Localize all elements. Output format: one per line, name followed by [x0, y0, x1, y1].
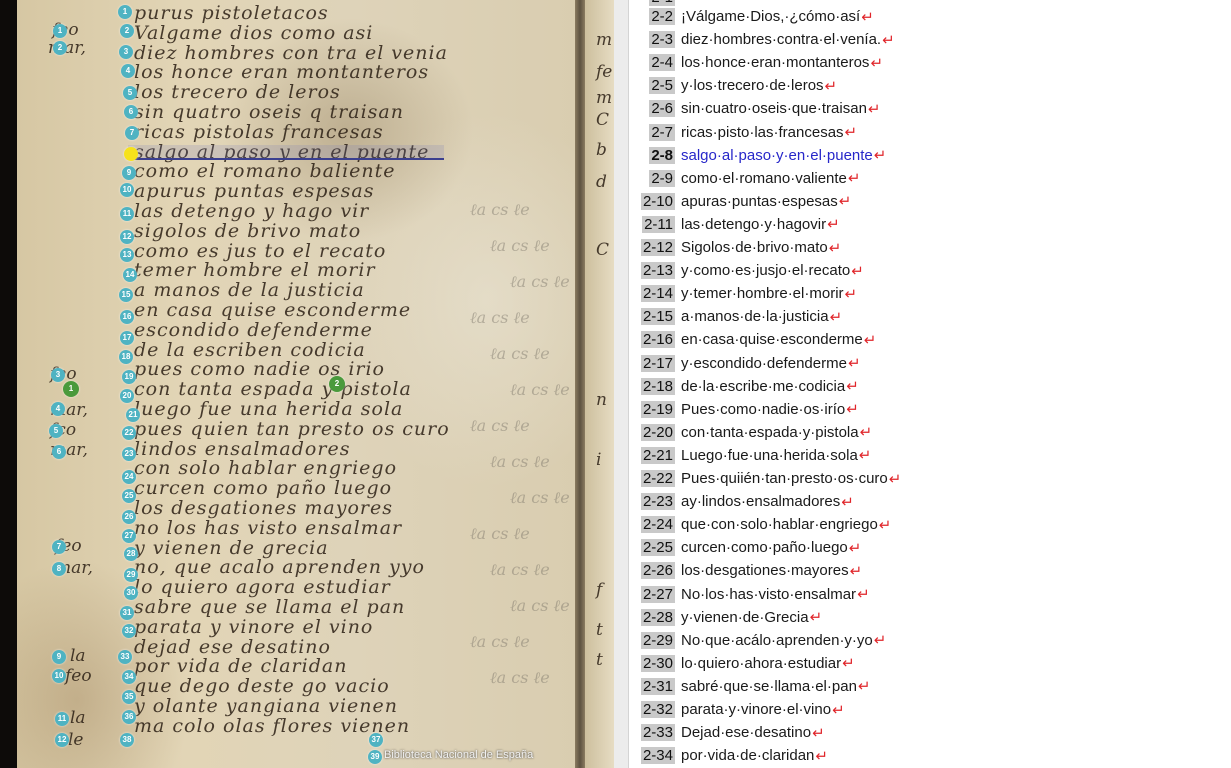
margin-marker[interactable]: 3	[51, 368, 65, 382]
line-number: 2-22	[629, 470, 675, 487]
return-icon: ↵	[829, 239, 842, 257]
line-text[interactable]: Luego·fue·una·herida·sola	[681, 447, 858, 464]
facing-page-mark: C	[596, 240, 609, 260]
facing-page-mark: fe	[596, 62, 612, 82]
return-icon: ↵	[830, 308, 843, 326]
bleed-through-text: ℓa cs ℓe	[470, 308, 530, 328]
transcription-line[interactable]: 2-10apuras·puntas·espesas↵	[629, 190, 851, 213]
line-marker[interactable]: 26	[122, 510, 136, 524]
transcription-line[interactable]: 2-15a·manos·de·la·justicia↵	[629, 305, 842, 328]
line-text[interactable]: sabré·que·se·llama·el·pan	[681, 678, 857, 695]
bleed-through-text: ℓa cs ℓe	[490, 668, 550, 688]
manuscript-line: dejad ese desatino	[134, 636, 331, 658]
manuscript-line: los honce eran montanteros	[134, 61, 429, 83]
line-text[interactable]: de·la·escribe·me·codicia	[681, 378, 845, 395]
return-icon: ↵	[842, 654, 855, 672]
manuscript-line: y vienen de grecia	[134, 537, 329, 559]
line-marker[interactable]: 13	[120, 248, 134, 262]
transcription-line[interactable]: 2-4los·honce·eran·montanteros↵	[629, 51, 883, 74]
selected-line-highlight	[128, 145, 444, 159]
line-text[interactable]: lo·quiero·ahora·estudiar	[681, 655, 841, 672]
return-icon: ↵	[850, 562, 863, 580]
margin-marker[interactable]: 11	[55, 712, 69, 726]
manuscript-line: pues como nadie os irio	[134, 358, 385, 380]
return-icon: ↵	[870, 54, 883, 72]
transcription-line[interactable]: 2-26los·desgationes·mayores↵	[629, 559, 862, 582]
return-icon: ↵	[827, 215, 840, 233]
manuscript-line: como es jus to el recato	[134, 240, 386, 262]
line-number: 2-28	[629, 609, 675, 626]
facing-page-mark: C	[596, 110, 609, 130]
line-text[interactable]: y·como·es·jusjo·el·recato	[681, 262, 850, 279]
line-number: 2-13	[629, 262, 675, 279]
line-text[interactable]: salgo·al·paso·y·en·el·puente	[681, 147, 873, 164]
bleed-through-text: ℓa cs ℓe	[470, 524, 530, 544]
line-number: 2-32	[629, 701, 675, 718]
line-marker[interactable]: 35	[122, 690, 136, 704]
return-icon: ↵	[832, 701, 845, 719]
facing-page-mark: m	[596, 88, 612, 108]
return-icon: ↵	[839, 192, 852, 210]
bleed-through-text: ℓa cs ℓe	[470, 632, 530, 652]
line-marker[interactable]: 39	[368, 750, 382, 764]
transcription-line[interactable]: 2-9como·el·romano·valiente↵	[629, 167, 860, 190]
transcription-line[interactable]: 2-23ay·lindos·ensalmadores↵	[629, 490, 854, 513]
line-number: 2-6	[629, 100, 675, 117]
line-marker[interactable]: 12	[120, 230, 134, 244]
return-icon: ↵	[861, 8, 874, 26]
manuscript-line: apurus puntas espesas	[134, 180, 374, 202]
manuscript-line: a manos de la justicia	[134, 279, 365, 301]
selected-line-marker[interactable]: 8	[124, 147, 138, 161]
transcription-line[interactable]: 2-5y·los·trecero·de·leros↵	[629, 74, 837, 97]
bleed-through-text: ℓa cs ℓe	[490, 236, 550, 256]
line-marker[interactable]: 1	[118, 5, 132, 19]
return-icon: ↵	[859, 446, 872, 464]
line-marker[interactable]: 3	[119, 45, 133, 59]
margin-note: la	[70, 708, 86, 728]
line-text[interactable]: las·detengo·y·hagovir	[681, 216, 826, 233]
transcription-line[interactable]: 2-6sin·cuatro·oseis·que·traisan↵	[629, 97, 881, 120]
line-number: 2-30	[629, 655, 675, 672]
manuscript-line: no los has visto ensalmar	[134, 517, 402, 539]
manuscript-line: curcen como paño luego	[134, 477, 392, 499]
return-icon: ↵	[849, 539, 862, 557]
manuscript-line: las detengo y hago vir	[134, 200, 369, 222]
line-text[interactable]: en·casa·quise·esconderme	[681, 331, 863, 348]
line-marker[interactable]: 5	[123, 86, 137, 100]
transcription-line[interactable]: 2-13y·como·es·jusjo·el·recato↵	[629, 259, 864, 282]
margin-note: le	[68, 730, 84, 750]
transcription-editor[interactable]: 2-1 2-2¡Válgame·Dios,·¿cómo·así↵2-3diez·…	[629, 0, 1231, 768]
manuscript-line: los desgationes mayores	[134, 497, 393, 519]
return-icon: ↵	[889, 470, 902, 488]
line-text[interactable]: No·los·has·visto·ensalmar	[681, 586, 856, 603]
return-icon: ↵	[882, 31, 895, 49]
manuscript-line: con tanta espada y pistola	[134, 378, 412, 400]
line-marker[interactable]: 28	[124, 547, 138, 561]
line-number: 2-11	[629, 216, 675, 233]
line-number: 2-16	[629, 331, 675, 348]
manuscript-line: los trecero de leros	[134, 81, 341, 103]
manuscript-line: sabre que se llama el pan	[134, 596, 405, 618]
manuscript-line: en casa quise esconderme	[134, 299, 411, 321]
line-marker[interactable]: 31	[120, 606, 134, 620]
manuscript-line: purus pistoletacos	[134, 2, 329, 24]
line-text[interactable]: y·vienen·de·Grecia	[681, 609, 809, 626]
line-marker[interactable]: 27	[122, 529, 136, 543]
margin-marker[interactable]: 7	[52, 540, 66, 554]
manuscript-line: sin quatro oseis q traisan	[134, 101, 404, 123]
margin-note: feo	[65, 666, 92, 686]
facing-page-mark: i	[596, 450, 601, 470]
line-marker[interactable]: 34	[122, 670, 136, 684]
line-marker[interactable]: 7	[125, 126, 139, 140]
margin-marker[interactable]: 2	[53, 41, 67, 55]
line-text[interactable]: Pues·quiién·tan·presto·os·curo	[681, 470, 888, 487]
return-icon: ↵	[825, 77, 838, 95]
manuscript-line: ma colo olas flores vienen	[134, 715, 410, 737]
transcription-line[interactable]: 2-20con·tanta·espada·y·pistola↵	[629, 421, 872, 444]
manuscript-line: sigolos de brivo mato	[134, 220, 361, 242]
margin-marker[interactable]: 9	[52, 650, 66, 664]
transcription-line[interactable]: 2-33Dejad·ese·desatino↵	[629, 721, 825, 744]
line-marker[interactable]: 9	[122, 166, 136, 180]
transcription-line[interactable]: 2-2¡Válgame·Dios,·¿cómo·así↵	[629, 5, 874, 28]
bleed-through-text: ℓa cs ℓe	[470, 200, 530, 220]
return-icon: ↵	[841, 493, 854, 511]
line-text[interactable]: Dejad·ese·desatino	[681, 724, 811, 741]
bleed-through-text: ℓa cs ℓe	[510, 272, 570, 292]
line-marker[interactable]: 2	[120, 24, 134, 38]
line-marker[interactable]: 24	[122, 470, 136, 484]
manuscript-line: con solo hablar engriego	[134, 457, 397, 479]
line-number: 2-24	[629, 516, 675, 533]
return-icon: ↵	[846, 400, 859, 418]
manuscript-line: pues quien tan presto os curo	[134, 418, 450, 440]
line-marker[interactable]: 23	[122, 447, 136, 461]
line-text[interactable]: No·que·acálo·aprenden·y·yo	[681, 632, 873, 649]
bleed-through-text: ℓa cs ℓe	[470, 416, 530, 436]
transcription-line[interactable]: 2-21Luego·fue·una·herida·sola↵	[629, 444, 871, 467]
line-number: 2-2	[629, 8, 675, 25]
manuscript-line: de la escriben codicia	[134, 339, 366, 361]
return-icon: ↵	[874, 146, 887, 164]
transcription-line[interactable]: 2-3diez·hombres·contra·el·venía.↵	[629, 28, 895, 51]
transcription-line[interactable]: 2-32parata·y·vinore·el·vino↵	[629, 698, 845, 721]
facing-page-mark: t	[596, 620, 603, 640]
manuscript-line: parata y vinore el vino	[134, 616, 373, 638]
line-text[interactable]: parata·y·vinore·el·vino	[681, 701, 831, 718]
margin-note: la	[70, 646, 86, 666]
facing-page-mark: m	[596, 30, 612, 50]
line-number: 2-33	[629, 724, 675, 741]
line-number: 2-23	[629, 493, 675, 510]
return-icon: ↵	[851, 262, 864, 280]
line-marker[interactable]: 10	[120, 183, 134, 197]
manuscript-line: escondido defenderme	[134, 319, 373, 341]
scan-border	[0, 0, 17, 768]
line-text[interactable]: por·vida·de·claridan	[681, 747, 814, 764]
line-marker[interactable]: 15	[119, 288, 133, 302]
line-marker[interactable]: 14	[123, 268, 137, 282]
margin-marker[interactable]: 8	[52, 562, 66, 576]
facing-page-mark: b	[596, 140, 607, 160]
bleed-through-text: ℓa cs ℓe	[510, 596, 570, 616]
line-number: 2-21	[629, 447, 675, 464]
line-number: 2-5	[629, 77, 675, 94]
return-icon: ↵	[858, 677, 871, 695]
manuscript-line: temer hombre el morir	[134, 259, 376, 281]
return-icon: ↵	[848, 169, 861, 187]
return-icon: ↵	[857, 585, 870, 603]
line-text[interactable]: como·el·romano·valiente	[681, 170, 847, 187]
line-marker[interactable]: 19	[122, 370, 136, 384]
bleed-through-text: ℓa cs ℓe	[490, 344, 550, 364]
line-text[interactable]: y·escondido·defenderme	[681, 355, 847, 372]
facing-page-mark: d	[596, 172, 607, 192]
line-number: 2-17	[629, 355, 675, 372]
return-icon: ↵	[810, 608, 823, 626]
transcription-line[interactable]: 2-7ricas·pisto·las·francesas↵	[629, 121, 857, 144]
transcription-line[interactable]: 2-31sabré·que·se·llama·el·pan↵	[629, 675, 871, 698]
margin-marker[interactable]: 1	[53, 24, 67, 38]
transcription-line[interactable]: 2-29No·que·acálo·aprenden·y·yo↵	[629, 629, 886, 652]
return-icon: ↵	[848, 354, 861, 372]
line-number: 2-9	[629, 170, 675, 187]
transcription-line[interactable]: 2-22Pues·quiién·tan·presto·os·curo↵	[629, 467, 901, 490]
book-gutter	[575, 0, 585, 768]
line-marker[interactable]: 25	[122, 489, 136, 503]
line-number: 2-27	[629, 586, 675, 603]
line-text[interactable]: a·manos·de·la·justicia	[681, 308, 829, 325]
line-number: 2-20	[629, 424, 675, 441]
line-text[interactable]: ¡Válgame·Dios,·¿cómo·así	[681, 8, 860, 25]
line-text[interactable]: Sigolos·de·brivo·mato	[681, 239, 828, 256]
pane-splitter[interactable]	[614, 0, 629, 768]
line-marker[interactable]: 11	[120, 207, 134, 221]
line-marker[interactable]: 30	[124, 586, 138, 600]
margin-marker[interactable]: 12	[55, 733, 69, 747]
manuscript-line: lo quiero agora estudiar	[134, 576, 391, 598]
transcription-line[interactable]: 2-18de·la·escribe·me·codicia↵	[629, 375, 859, 398]
line-text[interactable]: con·tanta·espada·y·pistola	[681, 424, 859, 441]
line-number: 2-15	[629, 308, 675, 325]
line-text[interactable]: ricas·pisto·las·francesas	[681, 124, 844, 141]
line-number: 2-31	[629, 678, 675, 695]
line-number: 2-12	[629, 239, 675, 256]
facing-page-mark: n	[596, 390, 607, 410]
watermark-label: Biblioteca Nacional de España	[384, 749, 533, 761]
return-icon: ↵	[845, 285, 858, 303]
return-icon: ↵	[812, 724, 825, 742]
line-marker[interactable]: 4	[121, 64, 135, 78]
line-number: 2-29	[629, 632, 675, 649]
line-number: 2-34	[629, 747, 675, 764]
transcription-line[interactable]: 2-16en·casa·quise·esconderme↵	[629, 328, 876, 351]
return-icon: ↵	[874, 631, 887, 649]
line-number: 2-8	[629, 147, 675, 164]
margin-marker[interactable]: 5	[49, 424, 63, 438]
line-number: 2-19	[629, 401, 675, 418]
manuscript-line: luego fue una herida sola	[134, 398, 403, 420]
line-text[interactable]: diez·hombres·contra·el·venía.	[681, 31, 881, 48]
line-number: 2-26	[629, 562, 675, 579]
return-icon: ↵	[864, 331, 877, 349]
line-number: 2-4	[629, 54, 675, 71]
facing-page-mark: f	[596, 580, 602, 600]
bleed-through-text: ℓa cs ℓe	[510, 488, 570, 508]
manuscript-line: que dego deste go vacio	[134, 675, 390, 697]
line-marker[interactable]: 17	[120, 331, 134, 345]
annotation-marker[interactable]: 2	[329, 376, 345, 392]
line-text[interactable]: ay·lindos·ensalmadores	[681, 493, 840, 510]
line-marker[interactable]: 29	[124, 568, 138, 582]
line-marker[interactable]: 22	[122, 426, 136, 440]
transcription-line[interactable]: 2-12Sigolos·de·brivo·mato↵	[629, 236, 841, 259]
manuscript-line: ricas pistolas francesas	[134, 121, 384, 143]
transcription-line[interactable]: 2-34por·vida·de·claridan↵	[629, 744, 828, 767]
line-text[interactable]: y·temer·hombre·el·morir	[681, 285, 844, 302]
transcription-line[interactable]: 2-8salgo·al·paso·y·en·el·puente↵	[629, 144, 886, 167]
transcription-line[interactable]: 2-19Pues·como·nadie·os·irío↵	[629, 398, 859, 421]
return-icon: ↵	[845, 123, 858, 141]
line-number: 2-14	[629, 285, 675, 302]
line-marker[interactable]: 21	[126, 408, 140, 422]
line-text[interactable]: y·los·trecero·de·leros	[681, 77, 824, 94]
manuscript-image-viewer[interactable]: purus pistoletacosValgame dios como asid…	[0, 0, 614, 768]
manuscript-line: por vida de claridan	[134, 655, 347, 677]
margin-marker[interactable]: 6	[52, 445, 66, 459]
line-marker[interactable]: 37	[369, 733, 383, 747]
line-number: 2-25	[629, 539, 675, 556]
bleed-through-text: ℓa cs ℓe	[490, 452, 550, 472]
line-marker[interactable]: 18	[119, 350, 133, 364]
transcription-line[interactable]: 2-30lo·quiero·ahora·estudiar↵	[629, 652, 855, 675]
line-marker[interactable]: 20	[120, 389, 134, 403]
line-marker[interactable]: 6	[124, 105, 138, 119]
line-marker[interactable]: 38	[120, 733, 134, 747]
facing-page-mark: t	[596, 650, 603, 670]
return-icon: ↵	[860, 423, 873, 441]
line-text[interactable]: los·desgationes·mayores	[681, 562, 849, 579]
manuscript-line: lindos ensalmadores	[134, 438, 350, 460]
line-number: 2-18	[629, 378, 675, 395]
transcription-line[interactable]: 2-25curcen·como·paño·luego↵	[629, 536, 861, 559]
transcription-line[interactable]: 2-27No·los·has·visto·ensalmar↵	[629, 583, 870, 606]
bleed-through-text: ℓa cs ℓe	[490, 560, 550, 580]
line-marker[interactable]: 32	[122, 624, 136, 638]
line-marker[interactable]: 16	[120, 310, 134, 324]
line-marker[interactable]: 33	[118, 650, 132, 664]
line-text[interactable]: curcen·como·paño·luego	[681, 539, 848, 556]
line-text[interactable]: apuras·puntas·espesas	[681, 193, 838, 210]
line-text[interactable]: Pues·como·nadie·os·irío	[681, 401, 845, 418]
return-icon: ↵	[815, 747, 828, 765]
transcription-line[interactable]: 2-17y·escondido·defenderme↵	[629, 352, 861, 375]
transcription-line[interactable]: 2-11las·detengo·y·hagovir↵	[629, 213, 840, 236]
line-number: 2-3	[629, 31, 675, 48]
line-number: 2-10	[629, 193, 675, 210]
line-marker[interactable]: 36	[122, 710, 136, 724]
bleed-through-text: ℓa cs ℓe	[510, 380, 570, 400]
line-number: 2-7	[629, 124, 675, 141]
return-icon: ↵	[879, 516, 892, 534]
transcription-line[interactable]: 2-28y·vienen·de·Grecia↵	[629, 606, 822, 629]
annotation-marker[interactable]: 1	[63, 381, 79, 397]
return-icon: ↵	[846, 377, 859, 395]
margin-marker[interactable]: 10	[52, 669, 66, 683]
manuscript-line: como el romano baliente	[134, 160, 396, 182]
line-text[interactable]: los·honce·eran·montanteros	[681, 54, 869, 71]
selected-line-baseline	[128, 158, 444, 160]
line-text[interactable]: que·con·solo·hablar·engriego	[681, 516, 878, 533]
transcription-line[interactable]: 2-24que·con·solo·hablar·engriego↵	[629, 513, 891, 536]
transcription-line[interactable]: 2-14y·temer·hombre·el·morir↵	[629, 282, 857, 305]
manuscript-line: Valgame dios como asi	[134, 22, 373, 44]
manuscript-line: no, que acalo aprenden yyo	[134, 556, 425, 578]
manuscript-line: y olante yangiana vienen	[134, 695, 398, 717]
return-icon: ↵	[868, 100, 881, 118]
manuscript-line: diez hombres con tra el venia	[134, 42, 448, 64]
line-text[interactable]: sin·cuatro·oseis·que·traisan	[681, 100, 867, 117]
margin-marker[interactable]: 4	[51, 402, 65, 416]
